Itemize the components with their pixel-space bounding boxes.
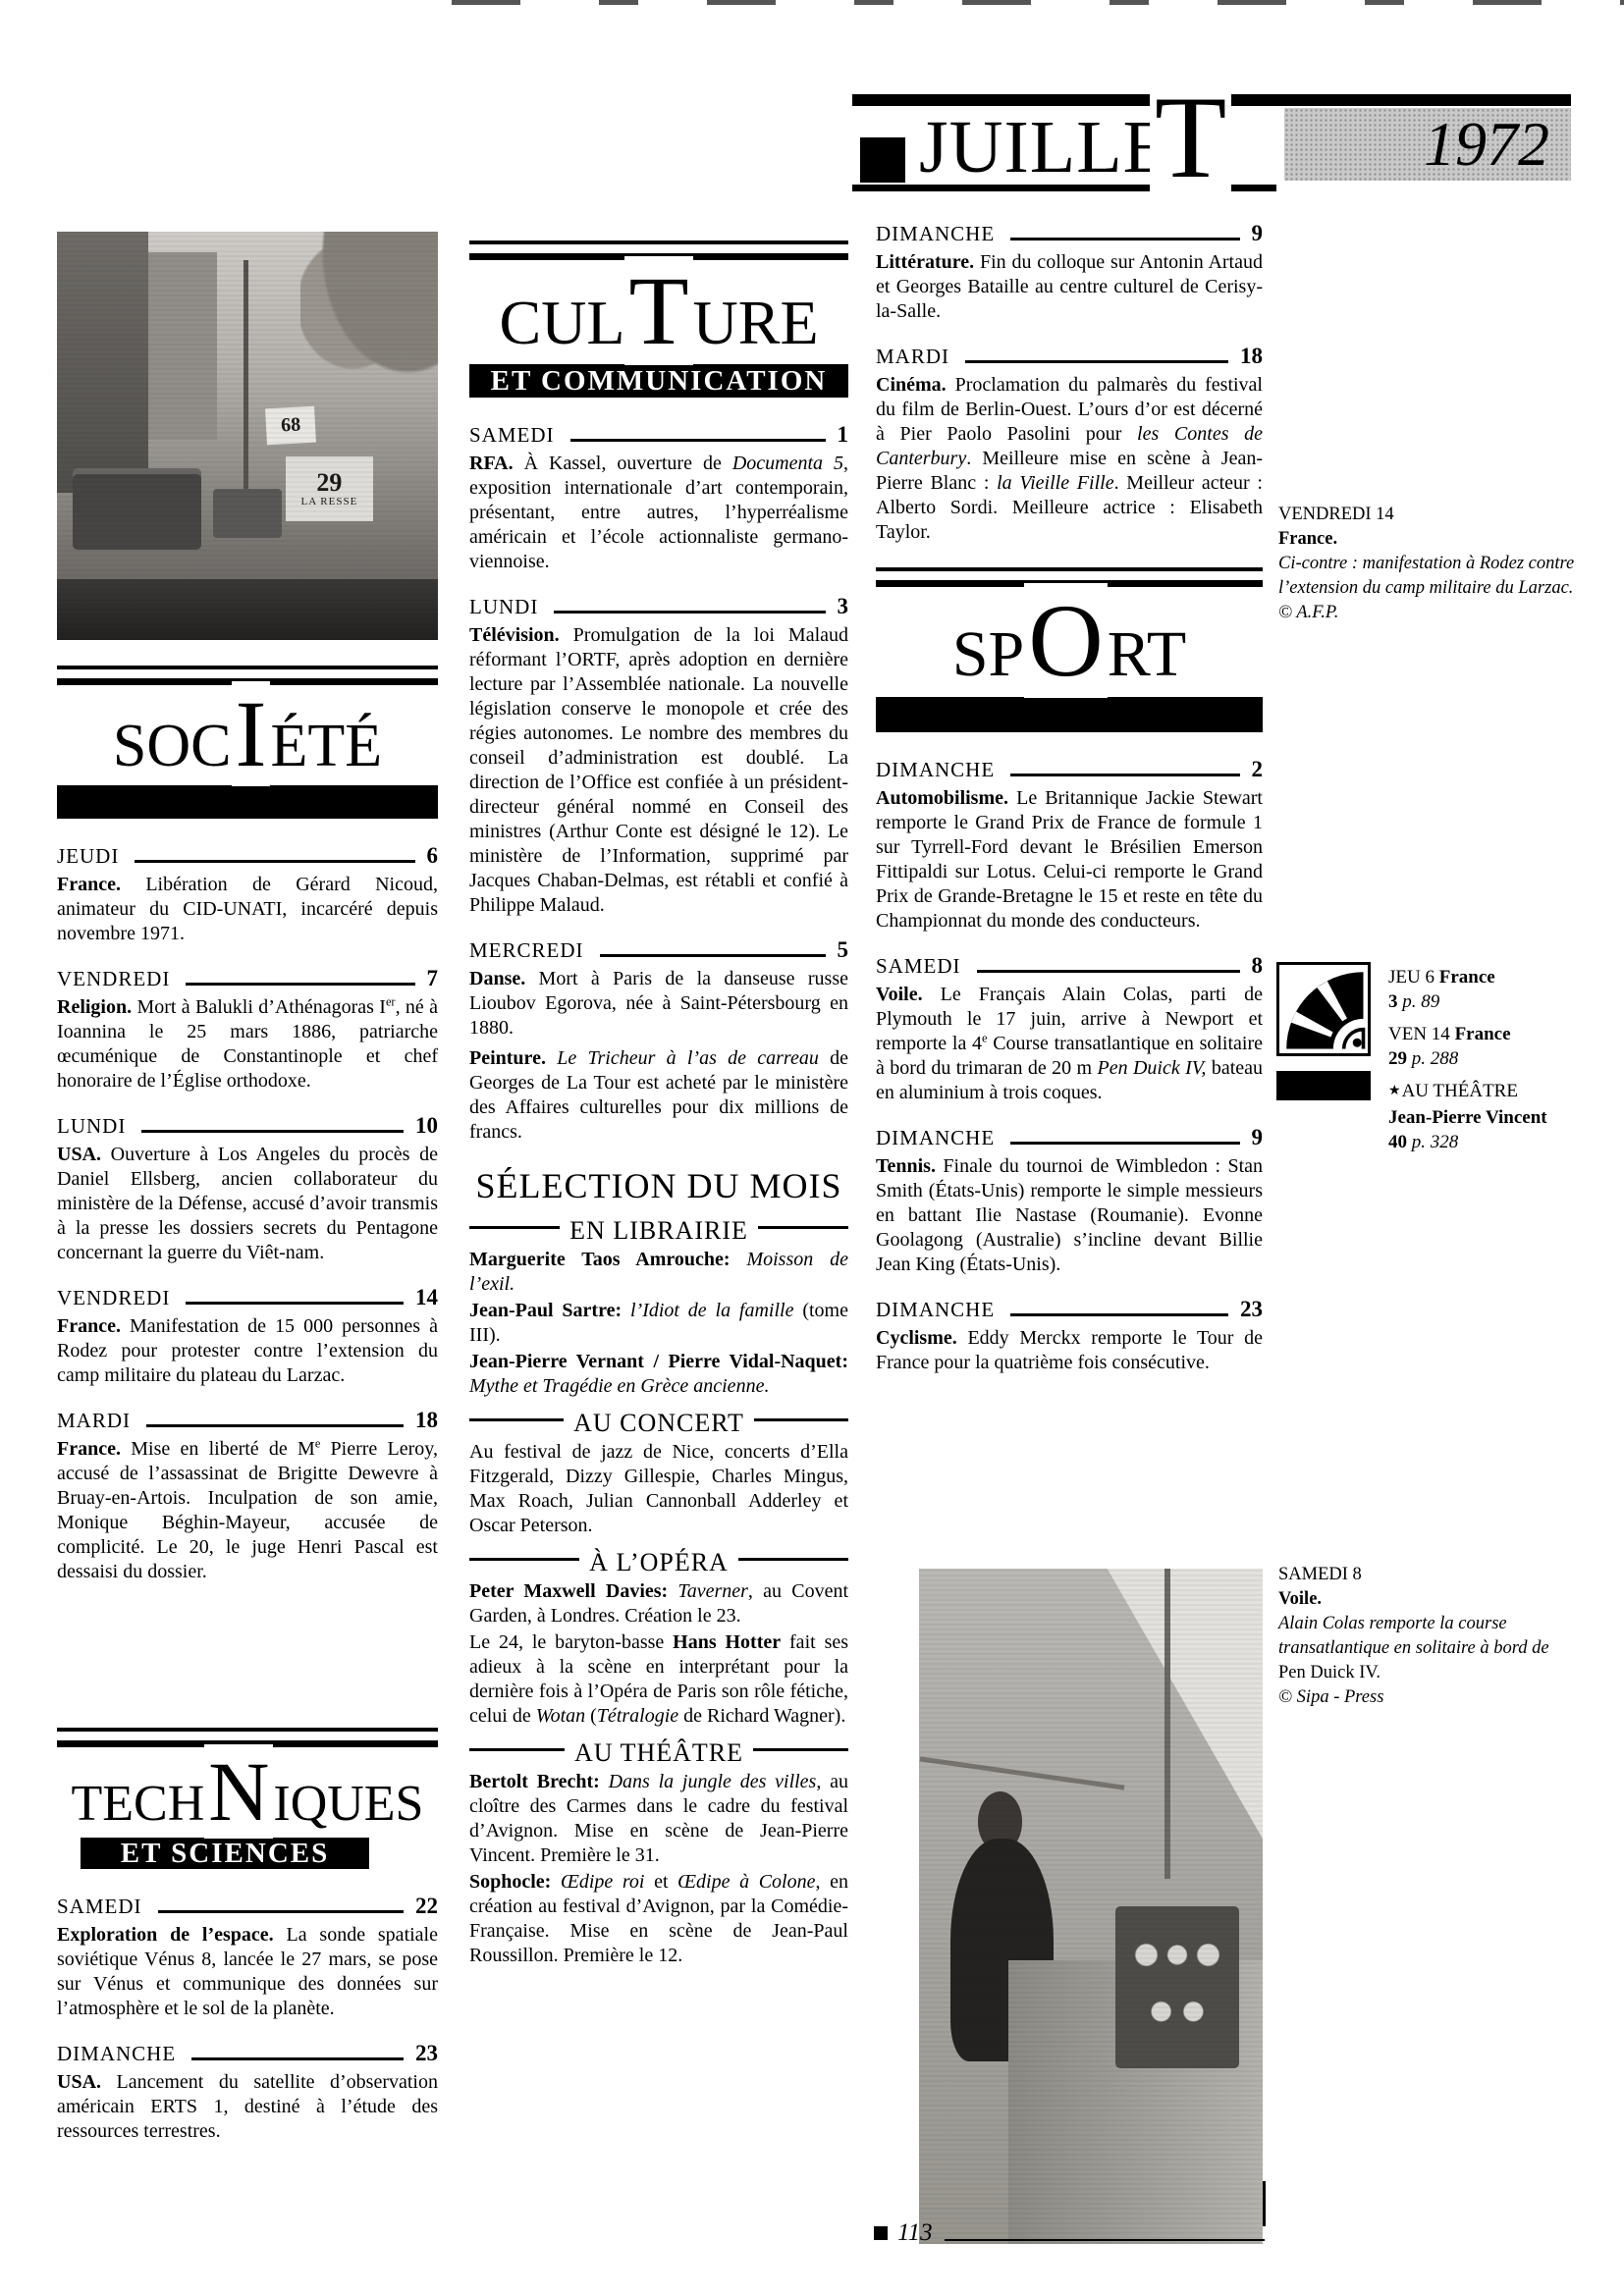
note-credit: © A.F.P.: [1278, 601, 1575, 625]
entry-header: DIMANCHE 23: [57, 2042, 438, 2064]
culture-title: CULTURE: [499, 239, 818, 360]
selection-du-mois: SÉLECTION DU MOIS EN LIBRAIRIE Marguerit…: [469, 1165, 848, 1968]
techniques-heading: TECHNIQUES ET SCIENCES: [57, 1726, 438, 1869]
square-bullet-icon: [874, 2226, 888, 2240]
photo-boom: [920, 1757, 1125, 1790]
entry-text: Cyclisme. Eddy Merckx remporte le Tour d…: [876, 1326, 1263, 1375]
ref-entry: Jean-Pierre Vincent: [1388, 1106, 1547, 1129]
footer-rule: [945, 2239, 1265, 2241]
demonstration-photo: 68 29 LA RESSE: [57, 232, 438, 640]
societe-title: SOCIÉTÉ: [113, 664, 382, 781]
entry-rule: [141, 1130, 404, 1133]
entry-rule: [977, 970, 1240, 973]
ref-entry: 29 p. 288: [1388, 1047, 1547, 1070]
entry-rule: [965, 360, 1228, 363]
entry-day: SAMEDI: [469, 425, 555, 446]
note-lead: France.: [1278, 527, 1575, 552]
entry-rule: [554, 611, 825, 614]
entry-rule: [146, 1424, 404, 1427]
entry-header: DIMANCHE 23: [876, 1298, 1263, 1320]
month-name-big-letter: T: [1150, 79, 1231, 196]
entry-day: MARDI: [876, 347, 949, 367]
entry-day: SAMEDI: [876, 956, 961, 977]
cross-reference-box: JEU 6 France 3 p. 89 VEN 14 France 29 p.…: [1276, 962, 1583, 1155]
entry-date-number: 23: [415, 2042, 438, 2064]
entry-date-number: 14: [415, 1286, 438, 1308]
subsection-rule: [469, 1558, 579, 1561]
societe-heading: SOCIÉTÉ: [57, 664, 438, 819]
photo-cockpit-console: [1115, 1906, 1239, 2068]
entry-text: Littérature. Fin du colloque sur Antonin…: [876, 250, 1263, 324]
entry-rule: [191, 2057, 404, 2060]
entry-text: Automobilisme. Le Britannique Jackie Ste…: [876, 786, 1263, 934]
entry-rule: [1010, 1142, 1239, 1145]
entry-header: SAMEDI 8: [876, 954, 1263, 977]
note-credit: © Sipa - Press: [1278, 1685, 1575, 1710]
scan-artifact-marks: [452, 0, 1624, 5]
event-entry: MERCREDI 5 Danse. Mort à Paris de la dan…: [469, 938, 848, 1145]
subsection-rule: [758, 1226, 848, 1229]
entry-text: Tennis. Finale du tournoi de Wimbledon :…: [876, 1154, 1263, 1277]
ref-entry: ★AU THÉÂTRE: [1388, 1080, 1547, 1104]
entry-date-number: 23: [1240, 1298, 1263, 1320]
event-entry: LUNDI 10 USA. Ouverture à Los Angeles du…: [57, 1114, 438, 1265]
event-entry: MARDI 18 Cinéma. Proclamation du palmarè…: [876, 345, 1263, 545]
event-entry: SAMEDI 22 Exploration de l’espace. La so…: [57, 1895, 438, 2021]
entry-text: Exploration de l’espace. La sonde spatia…: [57, 1923, 438, 2021]
entry-header: SAMEDI 1: [469, 423, 848, 446]
subsection-rule: [469, 1748, 565, 1751]
entry-date-number: 5: [838, 938, 849, 961]
entry-day: DIMANCHE: [876, 1128, 995, 1148]
entry-text: France. Libération de Gérard Nicoud, ani…: [57, 873, 438, 946]
photo-building-far: [148, 252, 217, 440]
entry-date-number: 9: [1252, 1126, 1264, 1148]
event-entry: MARDI 18 France. Mise en liberté de Me P…: [57, 1409, 438, 1584]
event-entry: DIMANCHE 2 Automobilisme. Le Britannique…: [876, 758, 1263, 934]
entry-rule: [1010, 774, 1239, 776]
ref-entry: 40 p. 328: [1388, 1131, 1547, 1153]
entry-rule: [1010, 1313, 1228, 1316]
entry-date-number: 18: [415, 1409, 438, 1431]
reference-entries: JEU 6 France 3 p. 89 VEN 14 France 29 p.…: [1388, 962, 1547, 1155]
page-number: 113: [897, 2220, 933, 2245]
ref-entry: 3 p. 89: [1388, 990, 1547, 1013]
entry-date-number: 2: [1252, 758, 1264, 780]
heading-bar: ET SCIENCES: [81, 1838, 369, 1869]
entry-text: France. Manifestation de 15 000 personne…: [57, 1314, 438, 1388]
entry-rule: [600, 954, 826, 957]
entry-text: Voile. Le Français Alain Colas, parti de…: [876, 983, 1263, 1105]
entry-rule: [158, 1910, 404, 1913]
margin-note-larzac: VENDREDI 14 France. Ci-contre : manifest…: [1278, 503, 1575, 625]
page-footer: 113: [874, 2220, 1265, 2245]
entry-text: RFA. À Kassel, ouverture de Documenta 5,…: [469, 452, 848, 574]
subsection-rule: [469, 1418, 564, 1421]
entry-header: SAMEDI 22: [57, 1895, 438, 1917]
entry-date-number: 7: [427, 967, 439, 989]
entry-day: VENDREDI: [57, 969, 170, 989]
note-day: SAMEDI 8: [1278, 1563, 1575, 1587]
footer-corner-tick: [1263, 2181, 1266, 2226]
photo-building: [57, 232, 148, 493]
book-item: Jean-Pierre Vernant / Pierre Vidal-Naque…: [469, 1350, 848, 1399]
note-caption: Alain Colas remporte la course transatla…: [1278, 1612, 1575, 1661]
entry-header: DIMANCHE 9: [876, 1126, 1263, 1148]
concert-item: Au festival de jazz de Nice, concerts d’…: [469, 1440, 848, 1538]
entry-header: VENDREDI 7: [57, 967, 438, 989]
entry-rule: [135, 860, 414, 863]
column-culture: CULTURE ET COMMUNICATION SAMEDI 1 RFA. À…: [469, 239, 848, 1968]
almanac-page: JUILLE T 1972 68 29 LA RESSE SOCIÉTÉ: [0, 0, 1624, 2296]
subsection-theatre: AU THÉÂTRE: [469, 1738, 848, 1768]
entry-day: DIMANCHE: [876, 1300, 995, 1320]
entry-day: JEUDI: [57, 846, 119, 867]
entry-text: USA. Lancement du satellite d’observatio…: [57, 2070, 438, 2144]
opera-item: Le 24, le baryton-basse Hans Hotter fait…: [469, 1630, 848, 1729]
note-day: VENDREDI 14: [1278, 503, 1575, 527]
entry-day: DIMANCHE: [57, 2044, 176, 2064]
entry-day: DIMANCHE: [876, 760, 995, 780]
entry-text: Religion. Mort à Balukli d’Athénagoras I…: [57, 995, 438, 1094]
photo-lamp-pole: [244, 260, 248, 497]
entry-header: JEUDI 6: [57, 844, 438, 867]
sport-title: SPORT: [952, 565, 1186, 693]
ref-entry: VEN 14 France: [1388, 1023, 1547, 1045]
theatre-item: Bertolt Brecht: Dans la jungle des ville…: [469, 1770, 848, 1868]
entry-rule: [570, 439, 826, 442]
entry-text: Télévision. Promulgation de la loi Malau…: [469, 623, 848, 918]
month-name: JUILLE: [919, 110, 1169, 185]
square-bullet-icon: [860, 137, 905, 183]
entry-header: LUNDI 10: [57, 1114, 438, 1137]
month-masthead: JUILLE T 1972: [852, 94, 1571, 192]
entry-header: DIMANCHE 2: [876, 758, 1263, 780]
event-entry: DIMANCHE 9 Littérature. Fin du colloque …: [876, 222, 1263, 324]
entry-day: LUNDI: [57, 1116, 126, 1137]
year: 1972: [1424, 113, 1549, 176]
subsection-rule: [753, 1748, 848, 1751]
entry-rule: [186, 1302, 404, 1305]
entry-day: DIMANCHE: [876, 224, 995, 244]
sport-heading: SPORT: [876, 565, 1263, 732]
selection-title: SÉLECTION DU MOIS: [469, 1165, 848, 1206]
photo-foliage: [300, 232, 438, 403]
entry-date-number: 6: [427, 844, 439, 867]
event-entry: DIMANCHE 23 Cyclisme. Eddy Merckx rempor…: [876, 1298, 1263, 1375]
event-entry: SAMEDI 1 RFA. À Kassel, ouverture de Doc…: [469, 423, 848, 574]
subsection-rule: [738, 1558, 848, 1561]
entry-header: VENDREDI 14: [57, 1286, 438, 1308]
subsection-rule: [469, 1226, 560, 1229]
note-lead: Voile.: [1278, 1587, 1575, 1612]
entry-date-number: 18: [1240, 345, 1263, 367]
section-techniques: TECHNIQUES ET SCIENCES SAMEDI 22 Explora…: [57, 1726, 438, 2164]
entry-rule: [1010, 238, 1239, 240]
fan-dial-icon: [1276, 962, 1371, 1056]
star-icon: ★: [1388, 1084, 1401, 1098]
margin-note-voile: SAMEDI 8 Voile. Alain Colas remporte la …: [1278, 1563, 1575, 1710]
ref-entry: JEU 6 France: [1388, 966, 1547, 988]
entry-rule: [186, 983, 414, 986]
book-item: Jean-Paul Sartre: l’Idiot de la famille …: [469, 1299, 848, 1348]
entry-header: MARDI 18: [876, 345, 1263, 367]
year-box: 1972: [1284, 108, 1571, 181]
photo-truck: [73, 468, 202, 550]
entry-text: France. Mise en liberté de Me Pierre Ler…: [57, 1437, 438, 1584]
event-entry: JEUDI 6 France. Libération de Gérard Nic…: [57, 844, 438, 946]
heading-bar: [57, 785, 438, 819]
note-boat-name: Pen Duick IV.: [1278, 1661, 1575, 1685]
entry-text: Danse. Mort à Paris de la danseuse russe…: [469, 967, 848, 1041]
entry-day: MARDI: [57, 1411, 131, 1431]
entry-header: MARDI 18: [57, 1409, 438, 1431]
heading-bar: ET COMMUNICATION: [469, 364, 848, 398]
techniques-title: TECHNIQUES: [72, 1726, 424, 1834]
subsection-opera: À L’OPÉRA: [469, 1548, 848, 1577]
entry-header: LUNDI 3: [469, 595, 848, 617]
photo-protest-sign: 68: [265, 406, 316, 446]
entry-date-number: 9: [1252, 222, 1264, 244]
theatre-item: Sophocle: Œdipe roi et Œdipe à Colone, e…: [469, 1870, 848, 1968]
event-entry: SAMEDI 8 Voile. Le Français Alain Colas,…: [876, 954, 1263, 1105]
entry-header: DIMANCHE 9: [876, 222, 1263, 244]
entry-date-number: 1: [838, 423, 849, 446]
culture-heading: CULTURE ET COMMUNICATION: [469, 239, 848, 398]
opera-item: Peter Maxwell Davies: Taverner, au Coven…: [469, 1579, 848, 1629]
entry-day: MERCREDI: [469, 940, 584, 961]
reference-icon-column: [1276, 962, 1373, 1155]
sailing-photo: [919, 1569, 1263, 2244]
entry-text: Peinture. Le Tricheur à l’as de carreau …: [469, 1046, 848, 1145]
entry-header: MERCREDI 5: [469, 938, 848, 961]
section-societe: SOCIÉTÉ JEUDI 6 France. Libération de Gé…: [57, 664, 438, 1605]
photo-mast: [1164, 1569, 1170, 1879]
entry-day: VENDREDI: [57, 1288, 170, 1308]
entry-text: Cinéma. Proclamation du palmarès du fest…: [876, 373, 1263, 545]
subsection-rule: [754, 1418, 848, 1421]
column-sport: DIMANCHE 9 Littérature. Fin du colloque …: [876, 222, 1263, 1396]
event-entry: VENDREDI 14 France. Manifestation de 15 …: [57, 1286, 438, 1388]
entry-date-number: 10: [415, 1114, 438, 1137]
entry-date-number: 3: [838, 595, 849, 617]
event-entry: VENDREDI 7 Religion. Mort à Balukli d’At…: [57, 967, 438, 1094]
reference-black-bar: [1276, 1071, 1371, 1100]
subsection-concert: AU CONCERT: [469, 1409, 848, 1438]
event-entry: LUNDI 3 Télévision. Promulgation de la l…: [469, 595, 848, 918]
heading-bar: [876, 697, 1263, 732]
book-item: Marguerite Taos Amrouche: Moisson de l’e…: [469, 1248, 848, 1297]
note-caption: Ci-contre : manifestation à Rodez contre…: [1278, 552, 1575, 601]
photo-protest-banner: 29 LA RESSE: [286, 456, 373, 522]
photo-car: [213, 489, 282, 538]
subsection-librairie: EN LIBRAIRIE: [469, 1216, 848, 1246]
photo-crowd: [57, 579, 438, 640]
event-entry: DIMANCHE 9 Tennis. Finale du tournoi de …: [876, 1126, 1263, 1277]
photo-sail-cloth: [1063, 1569, 1263, 1839]
entry-date-number: 8: [1252, 954, 1264, 977]
event-entry: DIMANCHE 23 USA. Lancement du satellite …: [57, 2042, 438, 2144]
entry-text: USA. Ouverture à Los Angeles du procès d…: [57, 1143, 438, 1265]
entry-date-number: 22: [415, 1895, 438, 1917]
entry-day: SAMEDI: [57, 1896, 142, 1917]
entry-day: LUNDI: [469, 597, 538, 617]
